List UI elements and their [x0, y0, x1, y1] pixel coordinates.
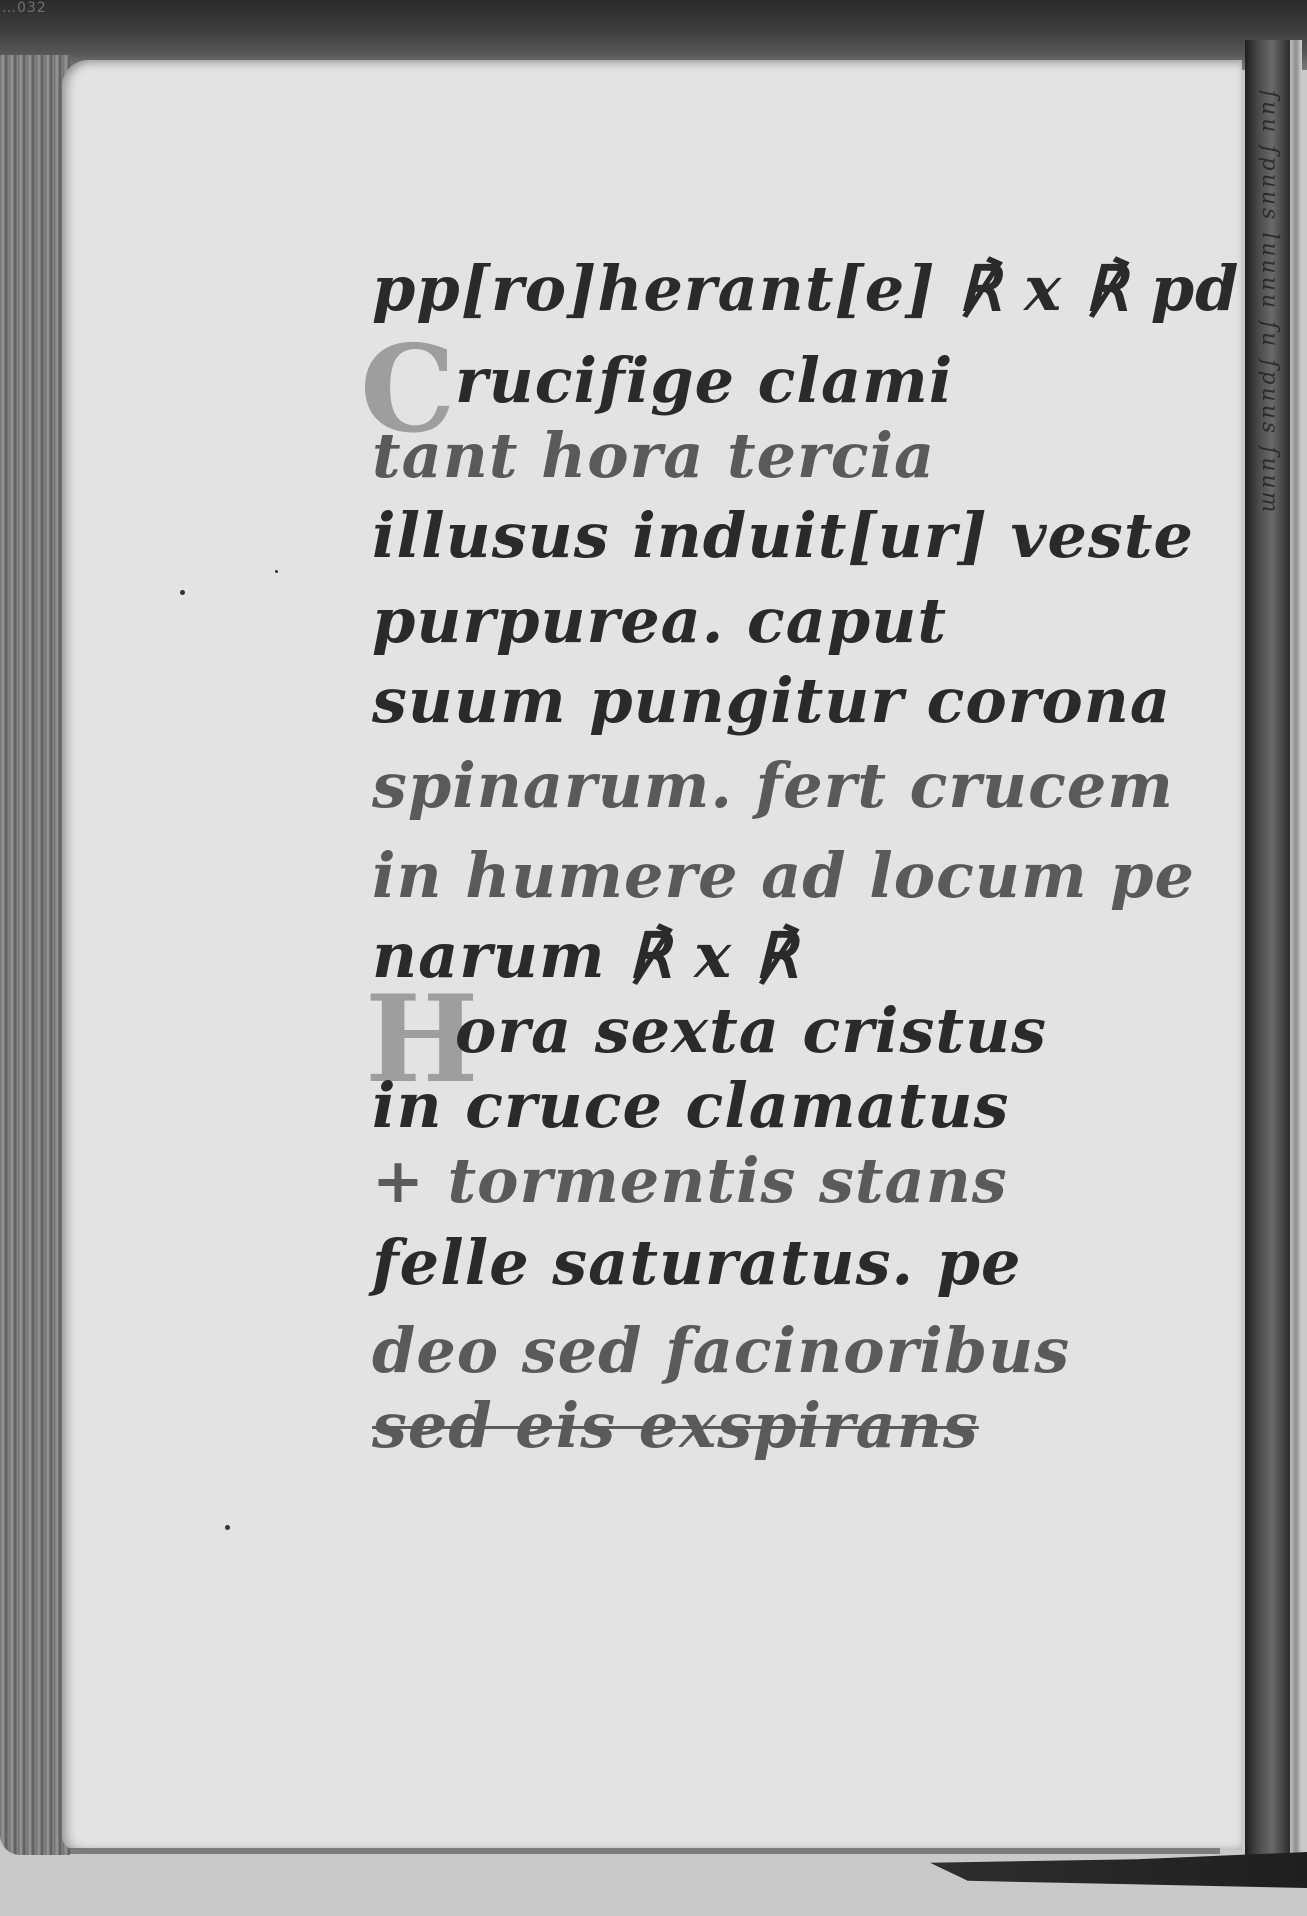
manuscript-line-2: rucifige clami: [455, 350, 953, 412]
manuscript-line-4: illusus induit[ur] veste: [372, 505, 1194, 567]
manuscript-line-7: spinarum. fert crucem: [372, 755, 1174, 817]
manuscript-line-3: tant hora tercia: [372, 425, 935, 487]
manuscript-line-8: in humere ad locum pe: [372, 845, 1195, 907]
manuscript-line-13: felle saturatus. pe: [372, 1232, 1021, 1294]
ink-speck: [225, 1525, 230, 1530]
manuscript-line-6: suum pungitur corona: [372, 670, 1171, 732]
manuscript-text-block: C H pp[ro]herant[e] ℟ x ℟ pd rucifige cl…: [0, 0, 1307, 1916]
manuscript-line-1: pp[ro]herant[e] ℟ x ℟ pd: [372, 258, 1239, 320]
manuscript-line-12: + tormentis stans: [372, 1150, 1008, 1212]
manuscript-line-11: in cruce clamatus: [372, 1075, 1009, 1137]
manuscript-line-15: sed eis exspirans: [372, 1395, 979, 1457]
ink-speck: [275, 570, 278, 573]
manuscript-line-5: purpurea. caput: [372, 590, 947, 652]
manuscript-line-10: ora sexta cristus: [455, 1000, 1047, 1062]
ink-speck: [180, 590, 185, 595]
manuscript-line-14: deo sed facinoribus: [372, 1320, 1070, 1382]
manuscript-line-9: narum ℟ x ℟: [372, 925, 798, 987]
